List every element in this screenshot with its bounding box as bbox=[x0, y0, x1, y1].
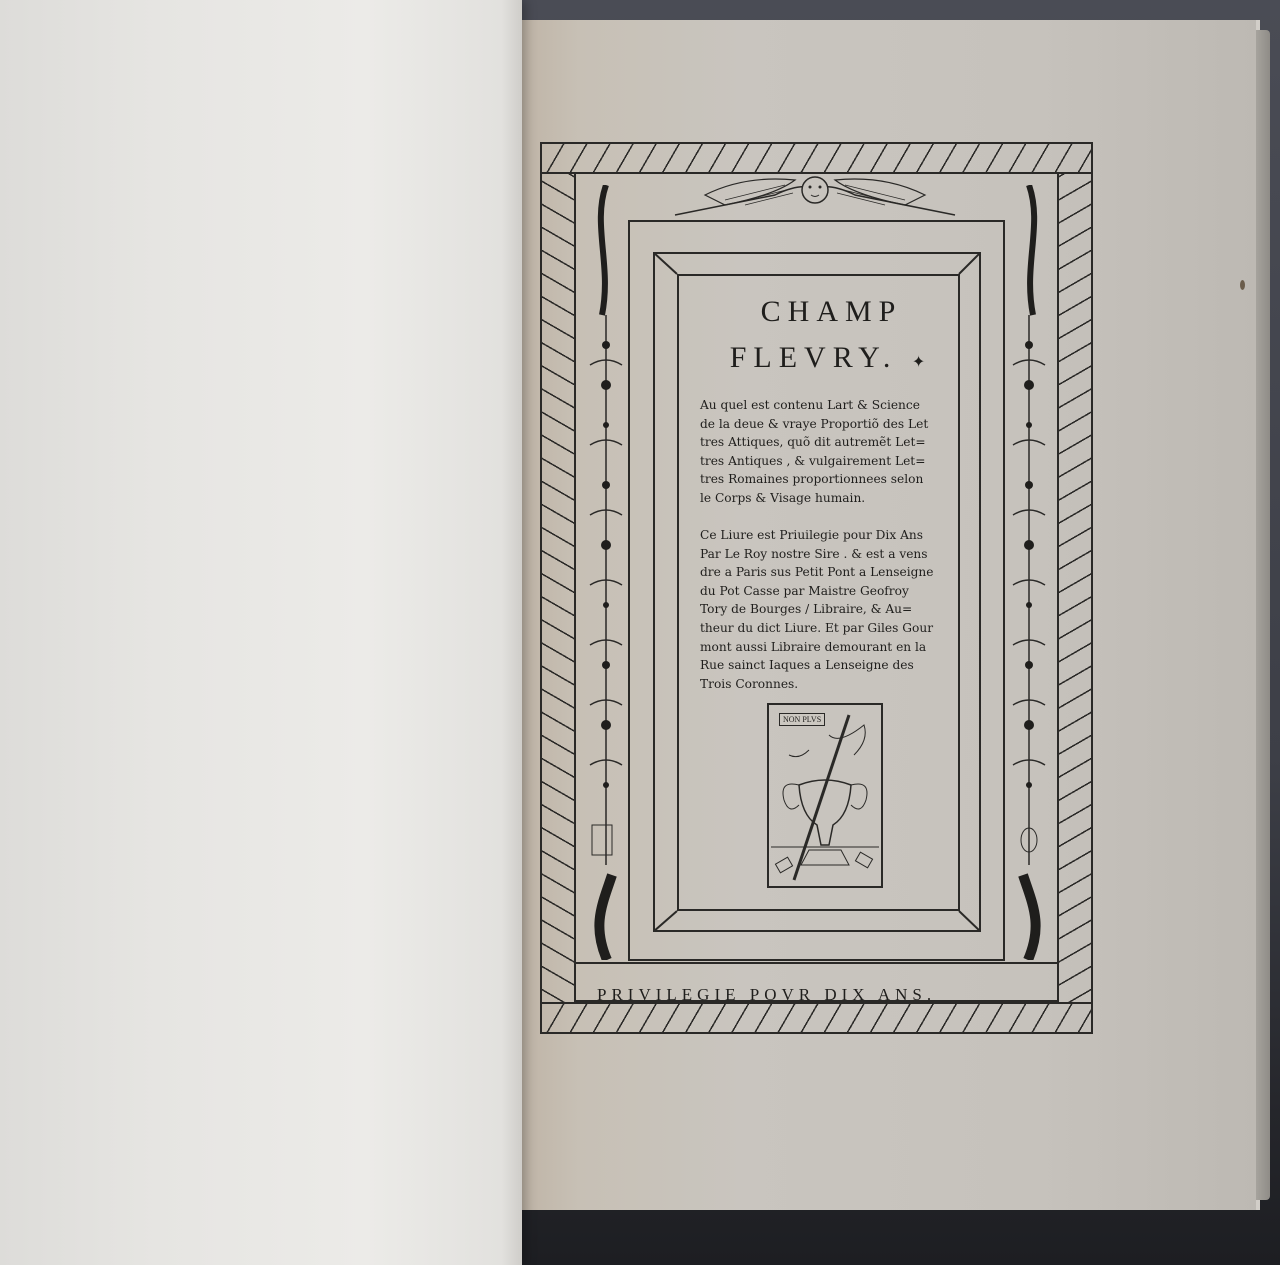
text-line: Rue sainct Iaques a Lenseigne des bbox=[700, 656, 962, 675]
greek-key-border-right bbox=[1057, 174, 1091, 1002]
text-line: le Corps & Visage humain. bbox=[700, 489, 962, 508]
text-line: Ce Liure est Priuilegie pour Dix Ans bbox=[700, 526, 962, 545]
greek-key-border-bottom bbox=[542, 1002, 1091, 1032]
text-line: de la deue & vraye Proportiõ des Let bbox=[700, 415, 962, 434]
book-photo-scene: CHAMP FLEVRY. ✦ Au quel est contenu Lart… bbox=[0, 0, 1280, 1265]
text-line: du Pot Casse par Maistre Geofroy bbox=[700, 582, 962, 601]
imprint-paragraph: Ce Liure est Priuilegie pour Dix Ans Par… bbox=[700, 526, 962, 693]
text-line: mont aussi Libraire demourant en la bbox=[700, 638, 962, 657]
title-line-2-text: FLEVRY. bbox=[730, 341, 898, 374]
broken-pot-icon bbox=[769, 705, 881, 886]
page-stain bbox=[1240, 280, 1245, 290]
greek-key-border-left bbox=[542, 174, 576, 1002]
left-blank-page bbox=[0, 0, 522, 1265]
text-line: tres Attiques, quõ dit autremẽt Let= bbox=[700, 433, 962, 452]
text-line: dre a Paris sus Petit Pont a Lenseigne bbox=[700, 563, 962, 582]
privilege-footer: PRIVILEGIE POVR DIX ANS. bbox=[597, 985, 1057, 1005]
text-line: tres Antiques , & vulgairement Let= bbox=[700, 452, 962, 471]
text-line: theur du dict Liure. Et par Giles Gour bbox=[700, 619, 962, 638]
winged-cherub-ornament bbox=[665, 165, 965, 225]
text-line: tres Romaines proportionnees selon bbox=[700, 470, 962, 489]
left-ornament-column bbox=[582, 185, 630, 960]
title-line-2: FLEVRY. ✦ bbox=[690, 341, 965, 375]
fleuron-icon: ✦ bbox=[912, 354, 925, 371]
title-block: CHAMP FLEVRY. ✦ bbox=[690, 295, 965, 375]
right-ornament-column bbox=[1005, 185, 1053, 960]
subtitle-paragraph: Au quel est contenu Lart & Science de la… bbox=[700, 396, 962, 508]
text-line: Au quel est contenu Lart & Science bbox=[700, 396, 962, 415]
text-line: Trois Coronnes. bbox=[700, 675, 962, 694]
title-line-1: CHAMP bbox=[698, 295, 965, 329]
text-line: Par Le Roy nostre Sire . & est a vens bbox=[700, 545, 962, 564]
text-line: Tory de Bourges / Libraire, & Au= bbox=[700, 600, 962, 619]
printers-device-woodcut: NON PLVS bbox=[767, 703, 883, 888]
